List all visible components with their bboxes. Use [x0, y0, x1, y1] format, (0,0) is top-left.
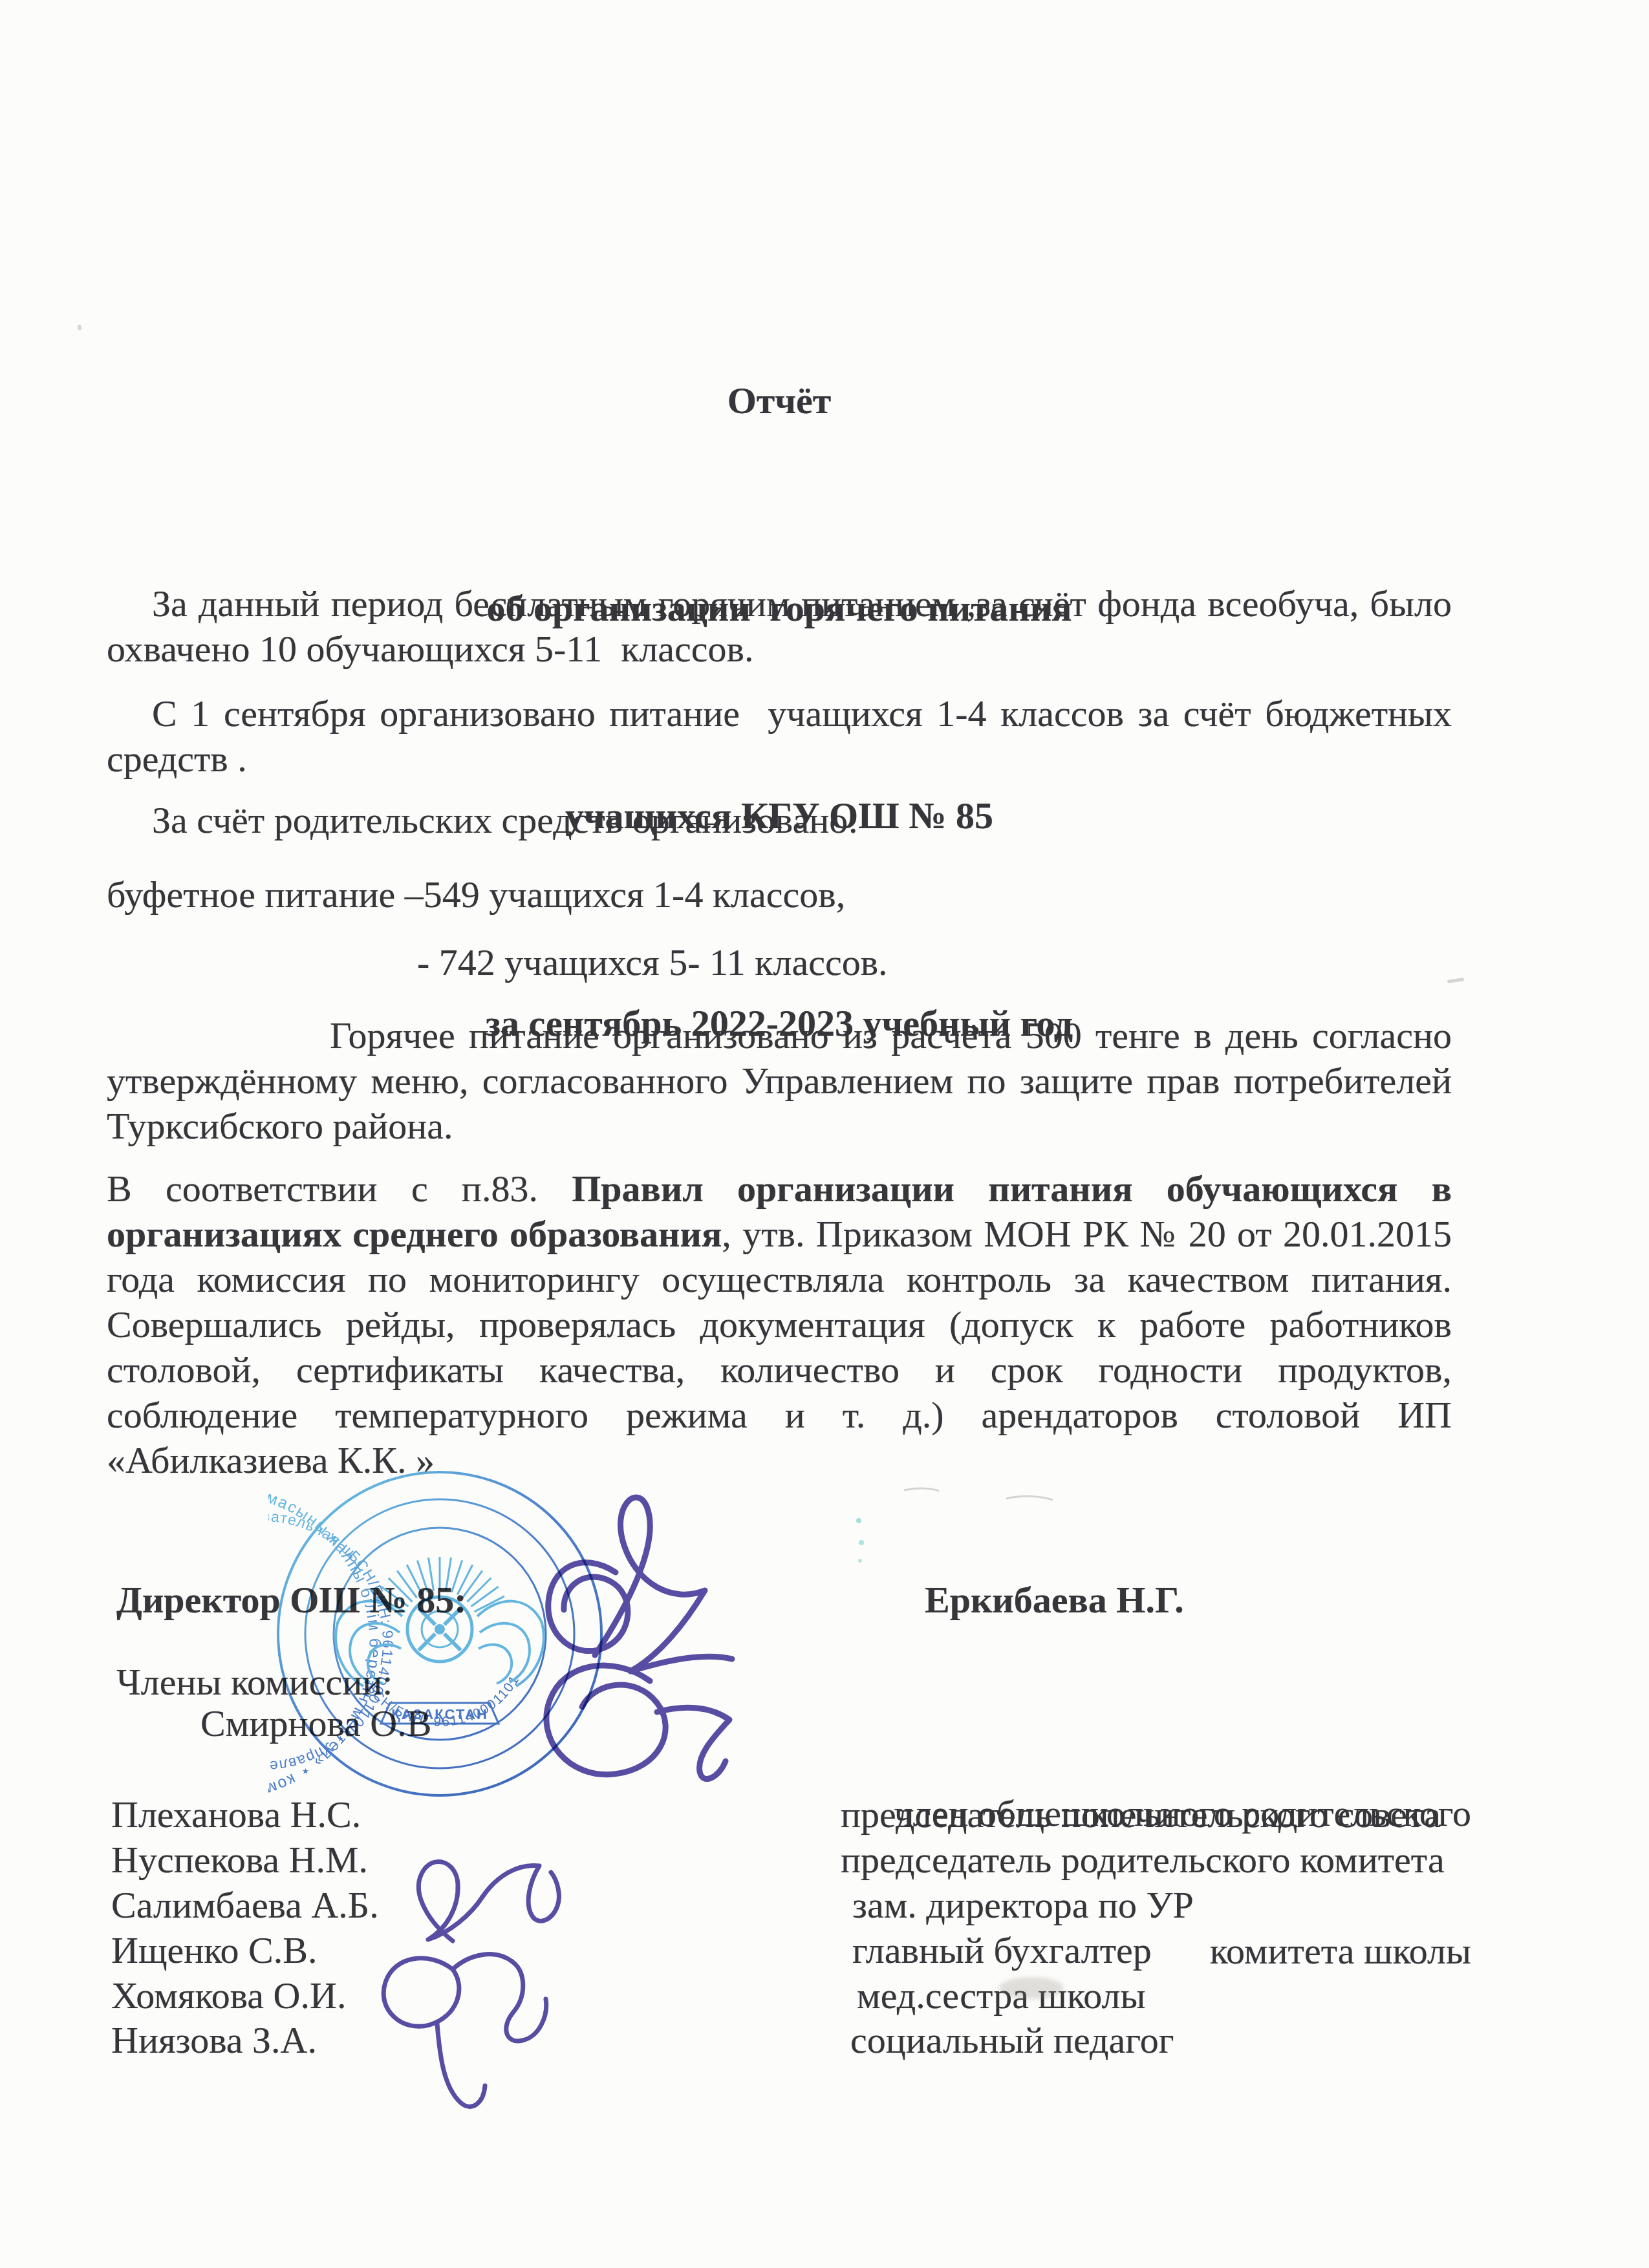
- director-name: Еркибаева Н.Г.: [925, 1578, 1184, 1623]
- paragraph-5: - 742 учащихся 5- 11 классов.: [107, 940, 1452, 985]
- paragraph-7-line-3: года комиссия по мониторингу осуществлял…: [107, 1257, 1452, 1302]
- paragraph-6-line-1: Горячее питание организовано из расчёта …: [107, 1013, 1452, 1058]
- paragraph-4-line-1: буфетное питание –549 учащихся 1-4 класс…: [107, 872, 1452, 917]
- paper-speck: [78, 325, 81, 330]
- scan-artifacts: [856, 1488, 1053, 1563]
- paragraph-2: С 1 сентября организовано питание учащих…: [107, 691, 1452, 782]
- paragraph-6-line-2: утверждённому меню, согласованного Управ…: [107, 1058, 1452, 1104]
- paragraph-1-line-1: За данный период бесплатным горячим пита…: [107, 581, 1452, 626]
- paragraph-7-line-2: организациях среднего образования, утв. …: [107, 1212, 1452, 1257]
- paragraph-7-line-4: Совершались рейды, проверялась документа…: [107, 1302, 1452, 1347]
- title-line-1: Отчёт: [107, 366, 1452, 435]
- stamp-banner: ҚАЗАҚСТАН: [381, 1703, 499, 1724]
- paragraph-4: буфетное питание –549 учащихся 1-4 класс…: [107, 872, 1452, 917]
- paragraph-2-line-1: С 1 сентября организовано питание учащих…: [107, 691, 1452, 736]
- p7-l1-regular: В соответствии с п.83.: [107, 1168, 572, 1210]
- member-ishchenko-role: главный бухгалтер: [852, 1928, 1152, 1973]
- scanned-document-page: Отчёт об организации горячего питания уч…: [0, 0, 1649, 2268]
- member-niyazova-name: Ниязова З.А.: [111, 2018, 317, 2063]
- official-round-stamp: жалпы білім беретін мектеп» ⋆ коммуналды…: [268, 1462, 611, 1805]
- paragraph-7-line-5: столовой, сертификаты качества, количест…: [107, 1347, 1452, 1393]
- member-nuspekova-name: Нуспекова Н.М.: [111, 1837, 368, 1883]
- paper-smudge: [999, 1977, 1064, 1999]
- member-niyazova-role: социальный педагог: [850, 2018, 1174, 2063]
- paragraph-7-line-1: В соответствии с п.83. Правил организаци…: [107, 1166, 1452, 1212]
- member-plekhanova-role: председатель попечительского совета: [841, 1792, 1441, 1837]
- p7-l2-regular: , утв. Приказом МОН РК № 20 от 20.01.201…: [722, 1213, 1452, 1255]
- paragraph-6: Горячее питание организовано из расчёта …: [107, 1013, 1452, 1149]
- paragraph-6-line-3: Турксибского района.: [107, 1104, 1452, 1149]
- paragraph-2-line-2: средств .: [107, 736, 1452, 782]
- paragraph-1-line-2: охвачено 10 обучающихся 5-11 классов.: [107, 626, 1452, 672]
- paragraph-3: За счёт родительских средств организован…: [107, 798, 1452, 843]
- paragraph-3-line-1: За счёт родительских средств организован…: [107, 798, 1452, 843]
- member-salimbaeva-name: Салимбаева А.Б.: [111, 1883, 379, 1928]
- paragraph-5-line-1: - 742 учащихся 5- 11 классов.: [107, 940, 1452, 985]
- khomyakova-signature: [383, 1954, 546, 2107]
- paragraph-7: В соответствии с п.83. Правил организаци…: [107, 1166, 1452, 1483]
- member-ishchenko-name: Ищенко С.В.: [111, 1928, 317, 1973]
- paragraph-1: За данный период бесплатным горячим пита…: [107, 581, 1452, 672]
- member-salimbaeva-role: зам. директора по УР: [852, 1883, 1194, 1928]
- stamp-banner-text: ҚАЗАҚСТАН: [391, 1706, 488, 1722]
- member-khomyakova-name: Хомякова О.И.: [111, 1973, 346, 2018]
- emblem-shanyrak: [407, 1597, 472, 1662]
- p7-l2-bold: организациях среднего образования: [107, 1213, 722, 1255]
- salimbaeva-signature: [418, 1861, 559, 1941]
- member-khomyakova-role: мед.сестра школы: [857, 1973, 1145, 2018]
- member-nuspekova-role: председатель родительского комитета: [841, 1837, 1445, 1883]
- emblem-sun-rays: [375, 1557, 504, 1612]
- p7-l1-bold: Правил организации питания обучающихся в: [572, 1168, 1452, 1210]
- paragraph-7-line-6: соблюдение температурного режима и т. д.…: [107, 1393, 1452, 1438]
